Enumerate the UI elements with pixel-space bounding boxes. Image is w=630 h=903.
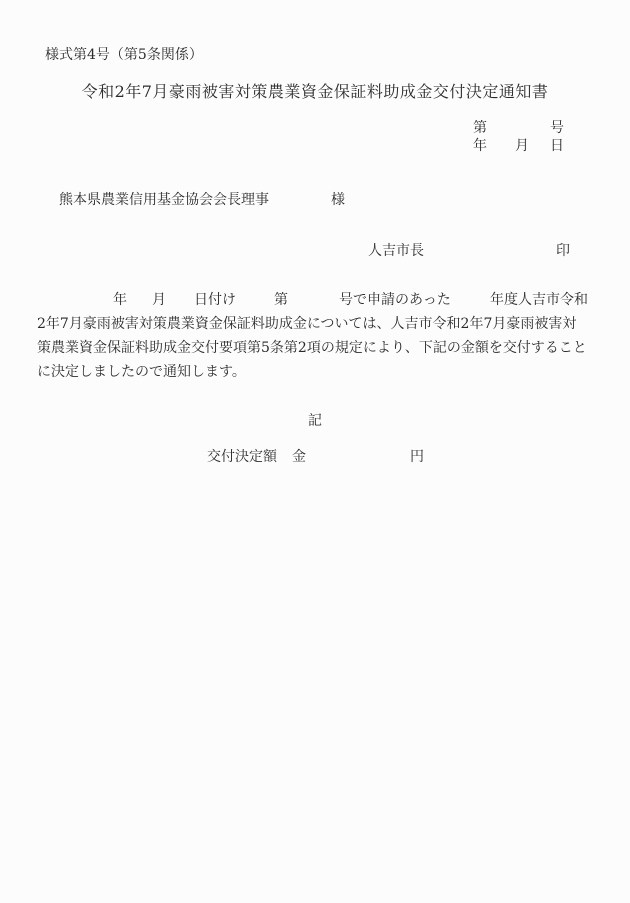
doc-number-prefix: 第 bbox=[473, 120, 487, 136]
body-line4: に決定しましたので通知します。 bbox=[37, 364, 246, 380]
body-line1-fiscal-phrase: 年度人吉市令和 bbox=[490, 292, 588, 308]
seal-mark: 印 bbox=[556, 243, 570, 259]
body-line1-year-label: 年 bbox=[113, 292, 127, 308]
body-line1-number-prefix: 第 bbox=[274, 292, 288, 308]
date-day-label: 日 bbox=[550, 138, 564, 154]
body-line1-month-label: 月 bbox=[152, 292, 166, 308]
document-page: 様式第4号（第5条関係） 令和2年7月豪雨被害対策農業資金保証料助成金交付決定通… bbox=[0, 0, 630, 903]
document-title: 令和2年7月豪雨被害対策農業資金保証料助成金交付決定通知書 bbox=[0, 83, 630, 101]
amount-label: 交付決定額 bbox=[207, 449, 277, 465]
addressee-name: 熊本県農業信用基金協会会長理事 bbox=[59, 192, 269, 208]
doc-number-suffix: 号 bbox=[550, 120, 564, 136]
date-year-label: 年 bbox=[473, 138, 487, 154]
amount-currency-prefix: 金 bbox=[292, 449, 306, 465]
form-number: 様式第4号（第5条関係） bbox=[45, 47, 203, 63]
record-marker: 記 bbox=[0, 413, 630, 429]
amount-currency-suffix: 円 bbox=[410, 449, 424, 465]
sender-title: 人吉市長 bbox=[368, 243, 424, 259]
body-line1-number-suffix-phrase: 号で申請のあった bbox=[339, 292, 451, 308]
body-line1-day-suffix: 日付け bbox=[194, 292, 236, 308]
date-month-label: 月 bbox=[515, 138, 529, 154]
addressee-honorific: 様 bbox=[331, 192, 345, 208]
body-line2: 2年7月豪雨被害対策農業資金保証料助成金については、人吉市令和2年7月豪雨被害対 bbox=[37, 316, 576, 332]
body-line3: 策農業資金保証料助成金交付要項第5条第2項の規定により、下記の金額を交付すること bbox=[37, 340, 587, 356]
